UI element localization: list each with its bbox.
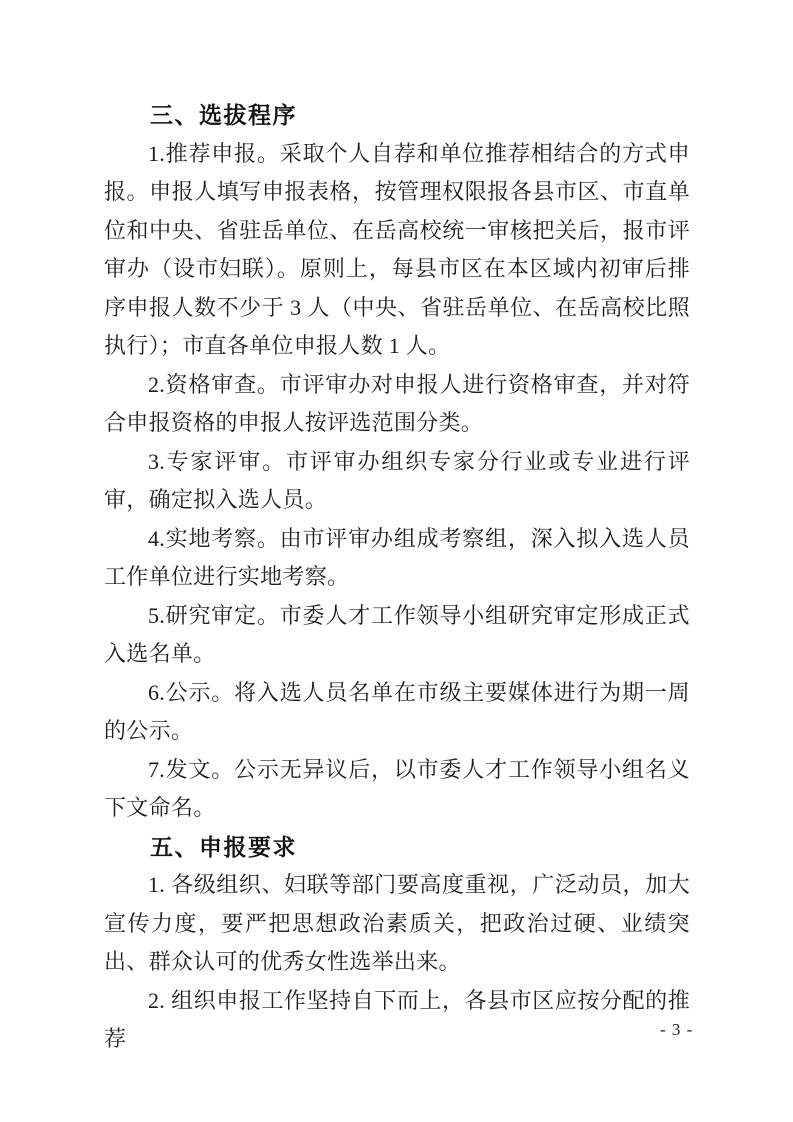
paragraph-issue-document: 7.发文。公示无异议后，以市委人才工作领导小组名义下文命名。 bbox=[104, 751, 690, 828]
section-heading-application-requirements: 五、申报要求 bbox=[104, 828, 690, 867]
paragraph-qualification-review: 2.资格审查。市评审办对申报人进行资格审查，并对符合申报资格的申报人按评选范围分… bbox=[104, 366, 690, 443]
paragraph-bottom-up-application: 2. 组织申报工作坚持自下而上，各县市区应按分配的推荐 bbox=[104, 982, 690, 1059]
paragraph-expert-review: 3.专家评审。市评审办组织专家分行业或专业进行评审，确定拟入选人员。 bbox=[104, 443, 690, 520]
paragraph-field-inspection: 4.实地考察。由市评审办组成考察组，深入拟入选人员工作单位进行实地考察。 bbox=[104, 520, 690, 597]
paragraph-public-notice: 6.公示。将入选人员名单在市级主要媒体进行为期一周的公示。 bbox=[104, 674, 690, 751]
paragraph-study-approval: 5.研究审定。市委人才工作领导小组研究审定形成正式入选名单。 bbox=[104, 597, 690, 674]
paragraph-mobilization: 1. 各级组织、妇联等部门要高度重视，广泛动员，加大宣传力度，要严把思想政治素质… bbox=[104, 866, 690, 982]
document-content: 三、选拔程序 1.推荐申报。采取个人自荐和单位推荐相结合的方式申报。申报人填写申… bbox=[104, 96, 690, 1059]
document-page: 三、选拔程序 1.推荐申报。采取个人自荐和单位推荐相结合的方式申报。申报人填写申… bbox=[0, 0, 793, 1122]
page-number: - 3 - bbox=[660, 1020, 693, 1040]
paragraph-recommend-apply: 1.推荐申报。采取个人自荐和单位推荐相结合的方式申报。申报人填写申报表格，按管理… bbox=[104, 135, 690, 366]
section-heading-selection-procedure: 三、选拔程序 bbox=[104, 96, 690, 135]
